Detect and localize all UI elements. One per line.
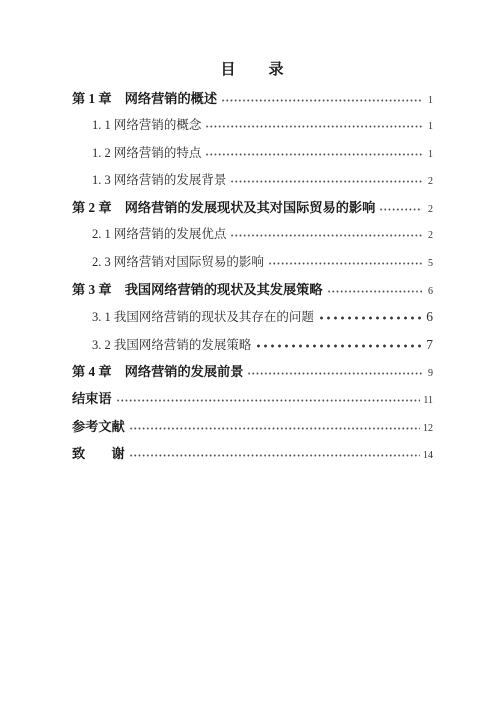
toc-entry-label: 第 4 章 网络营销的发展前景 xyxy=(72,358,243,385)
toc-entry-page: 2 xyxy=(425,222,433,249)
dot-leader xyxy=(129,422,420,431)
toc-entry-label: 致 谢 xyxy=(72,440,125,467)
dot-leader xyxy=(205,120,422,129)
toc-entry-label: 1. 3 网络营销的发展背景 xyxy=(92,167,226,194)
toc-entry-1-2[interactable]: 1. 2 网络营销的特点 1 xyxy=(72,140,433,167)
toc-entry-page: 7 xyxy=(425,331,433,358)
dot-leader xyxy=(255,339,422,349)
toc-entry-label: 第 1 章 网络营销的概述 xyxy=(72,85,217,112)
toc-entry-label: 1. 1 网络营销的概念 xyxy=(92,112,201,139)
dot-leader xyxy=(268,257,422,266)
dot-leader xyxy=(379,203,422,212)
toc-entry-page: 1 xyxy=(425,141,433,168)
toc-entry-1-1[interactable]: 1. 1 网络营销的概念 1 xyxy=(72,112,433,139)
toc-entry-1-3[interactable]: 1. 3 网络营销的发展背景 2 xyxy=(72,167,433,194)
dot-leader xyxy=(230,175,422,184)
dot-leader xyxy=(318,311,422,321)
table-of-contents: 第 1 章 网络营销的概述 1 1. 1 网络营销的概念 1 1. 2 网络营销… xyxy=(72,85,433,467)
dot-leader xyxy=(247,367,422,376)
toc-entry-label: 2. 1 网络营销的发展优点 xyxy=(92,221,226,248)
toc-entry-page: 1 xyxy=(425,113,433,140)
toc-entry-3-1[interactable]: 3. 1 我国网络营销的现状及其存在的问题 6 xyxy=(72,303,433,330)
toc-entry-page: 2 xyxy=(425,168,433,195)
dot-leader xyxy=(205,148,422,157)
toc-entry-page: 1 xyxy=(425,87,433,114)
toc-entry-chapter-4[interactable]: 第 4 章 网络营销的发展前景 9 xyxy=(72,358,433,385)
toc-entry-references[interactable]: 参考文献 12 xyxy=(72,413,433,440)
toc-entry-chapter-2[interactable]: 第 2 章 网络营销的发展现状及其对国际贸易的影响 2 xyxy=(72,194,433,221)
toc-entry-chapter-1[interactable]: 第 1 章 网络营销的概述 1 xyxy=(72,85,433,112)
toc-entry-page: 5 xyxy=(425,250,433,277)
toc-entry-page: 6 xyxy=(425,278,433,305)
toc-entry-label: 3. 1 我国网络营销的现状及其存在的问题 xyxy=(92,304,314,331)
toc-entry-page: 12 xyxy=(423,415,433,442)
toc-entry-2-3[interactable]: 2. 3 网络营销对国际贸易的影响 5 xyxy=(72,249,433,276)
toc-content: 目 录 第 1 章 网络营销的概述 1 1. 1 网络营销的概念 1 1. 2 … xyxy=(72,0,433,467)
toc-entry-page: 2 xyxy=(425,196,433,223)
dot-leader xyxy=(230,229,422,238)
toc-entry-2-1[interactable]: 2. 1 网络营销的发展优点 2 xyxy=(72,221,433,248)
toc-entry-conclusion[interactable]: 结束语 11 xyxy=(72,385,433,412)
toc-entry-label: 第 2 章 网络营销的发展现状及其对国际贸易的影响 xyxy=(72,194,375,221)
toc-entry-label: 参考文献 xyxy=(72,413,125,440)
toc-entry-page: 6 xyxy=(425,303,433,330)
dot-leader xyxy=(221,94,422,103)
page-title: 目 录 xyxy=(72,60,433,80)
toc-entry-3-2[interactable]: 3. 2 我国网络营销的发展策略 7 xyxy=(72,331,433,358)
toc-entry-acknowledgements[interactable]: 致 谢 14 xyxy=(72,440,433,467)
toc-entry-page: 9 xyxy=(425,360,433,387)
toc-entry-label: 第 3 章 我国网络营销的现状及其发展策略 xyxy=(72,276,323,303)
dot-leader xyxy=(129,449,420,458)
toc-entry-page: 14 xyxy=(423,442,433,469)
toc-entry-label: 结束语 xyxy=(72,385,112,412)
dot-leader xyxy=(116,394,421,403)
toc-entry-page: 11 xyxy=(423,387,433,414)
document-page: 目 录 第 1 章 网络营销的概述 1 1. 1 网络营销的概念 1 1. 2 … xyxy=(0,0,500,707)
toc-entry-label: 1. 2 网络营销的特点 xyxy=(92,140,201,167)
toc-entry-chapter-3[interactable]: 第 3 章 我国网络营销的现状及其发展策略 6 xyxy=(72,276,433,303)
toc-entry-label: 3. 2 我国网络营销的发展策略 xyxy=(92,332,251,359)
dot-leader xyxy=(327,285,422,294)
toc-entry-label: 2. 3 网络营销对国际贸易的影响 xyxy=(92,249,264,276)
